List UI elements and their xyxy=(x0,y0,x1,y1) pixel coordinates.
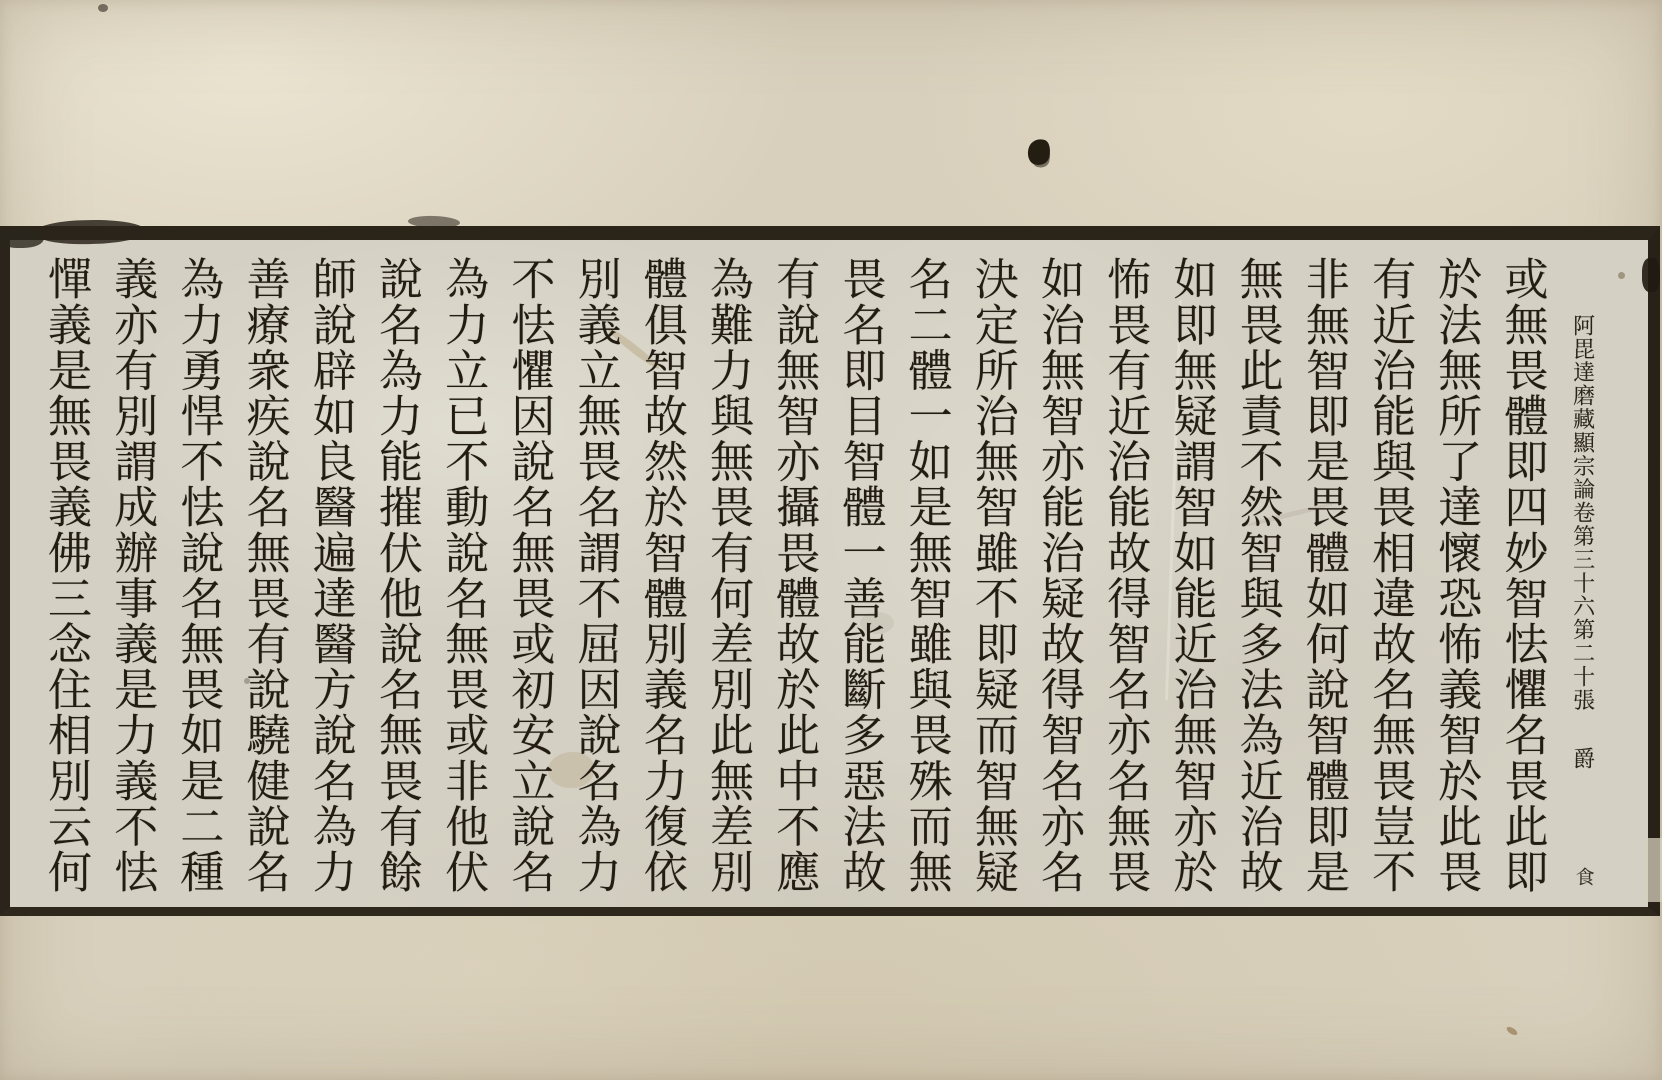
border-ink-gap xyxy=(1646,838,1662,902)
text-column-22: 義亦有別謂成辦事義是力義不怯 xyxy=(104,256,158,897)
columns-container: 阿毘達磨藏顯宗論卷第三十六第二十張 爵 食 或無畏體即四妙智怯懼名畏此即於法無所… xyxy=(10,240,1648,907)
paper-speck xyxy=(1505,1025,1518,1036)
text-column-10: 名二體一如是無智雖與畏殊而無 xyxy=(899,256,953,897)
text-column-12: 有說無智亦攝畏體故於此中不應 xyxy=(766,256,820,897)
engraver-mark: 食 xyxy=(1573,867,1594,887)
page-scan: 阿毘達磨藏顯宗論卷第三十六第二十張 爵 食 或無畏體即四妙智怯懼名畏此即於法無所… xyxy=(0,0,1662,1080)
text-column-19: 師說辟如良醫遍達醫方說名為力 xyxy=(303,256,357,897)
border-smudge xyxy=(408,215,460,229)
text-column-2: 於法無所了達懷恐怖義智於此畏 xyxy=(1428,256,1482,897)
text-column-5: 無畏此責不然智與多法為近治故 xyxy=(1230,256,1284,897)
text-column-3: 有近治能與畏相違故名無畏豈不 xyxy=(1362,256,1416,897)
text-column-15: 別義立無畏名謂不屈因說名為力 xyxy=(568,256,622,897)
text-column-1: 或無畏體即四妙智怯懼名畏此即 xyxy=(1494,256,1548,897)
text-column-14: 體俱智故然於智體別義名力復依 xyxy=(634,256,688,897)
text-column-23: 憚義是無畏義佛三念住相別云何 xyxy=(38,256,92,897)
text-column-4: 非無智即是畏體如何說智體即是 xyxy=(1296,256,1350,897)
text-column-16: 不怯懼因說名無畏或初安立說名 xyxy=(501,256,555,897)
text-column-18: 說名為力能摧伏他說名無畏有餘 xyxy=(369,256,423,897)
paper-speck xyxy=(98,4,108,12)
case-mark: 爵 xyxy=(1571,747,1596,770)
volume-title-column: 阿毘達磨藏顯宗論卷第三十六第二十張 爵 食 xyxy=(1561,256,1605,897)
text-column-7: 怖畏有近治能故得智名亦名無畏 xyxy=(1097,256,1151,897)
ink-blot xyxy=(1026,137,1053,167)
text-column-21: 為力勇悍不怯說名無畏如是二種 xyxy=(170,256,224,897)
text-column-8: 如治無智亦能治疑故得智名亦名 xyxy=(1031,256,1085,897)
text-column-11: 畏名即目智體一善能斷多惡法故 xyxy=(832,256,886,897)
text-column-17: 為力立已不動說名無畏或非他伏 xyxy=(435,256,489,897)
text-column-9: 決定所治無智雖不即疑而智無疑 xyxy=(965,256,1019,897)
text-column-20: 善療衆疾說名無畏有說驍健說名 xyxy=(237,256,291,897)
text-column-13: 為難力與無畏有何差別此無差別 xyxy=(700,256,754,897)
volume-title-text: 阿毘達磨藏顯宗論卷第三十六第二十張 xyxy=(1571,314,1596,712)
text-column-6: 如即無疑謂智如能近治無智亦於 xyxy=(1163,256,1217,897)
